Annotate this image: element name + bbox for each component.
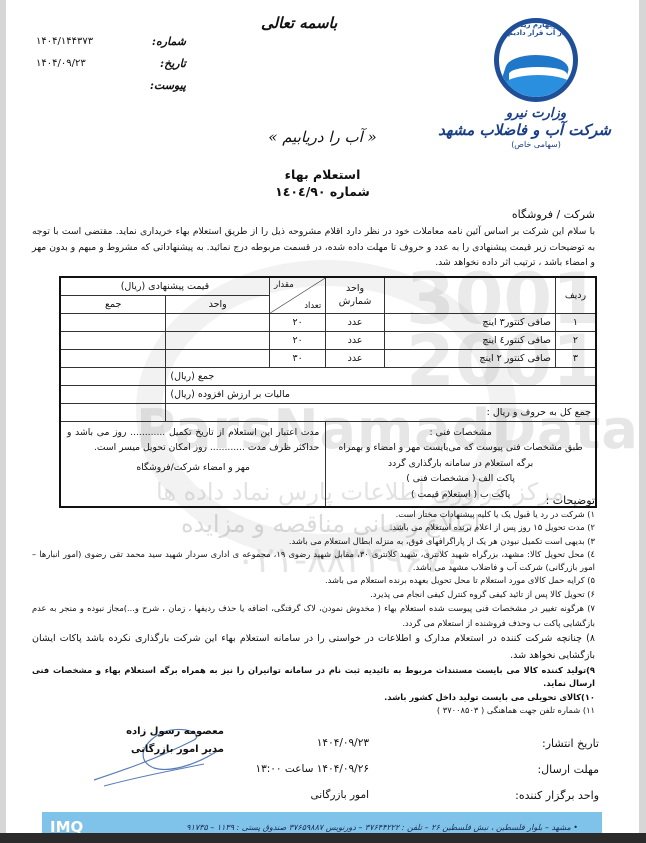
unit-price-field[interactable]: [166, 331, 270, 349]
meta-attachment: پیوست:: [36, 74, 186, 96]
price-inquiry-table: ردیف واحد شمارش مقدار تعداد قیمت پیشنهاد…: [59, 276, 597, 508]
signature-block: معصومه رسول زاده مدیر امور بازرگانی: [84, 720, 224, 790]
note-item: ۳) بدیهی است تکمیل نبودن هر یک از پاراگر…: [32, 535, 595, 548]
deadline: ۱۴۰۴/۰۹/۲۶ ساعت ۱۳:۰۰: [219, 763, 369, 775]
note-item: ۷) هرگونه تغییر در مشخصات فنی پیوست شده …: [32, 601, 595, 631]
note-item: ۸) چنانچه شرکت کننده در استعلام مدارک و …: [32, 631, 595, 664]
invocation: باسمه تعالی: [261, 14, 337, 32]
meta-date: تاریخ: ۱۴۰۴/۰۹/۲۳: [36, 52, 186, 74]
document-page: 30012001 ParsNamadData مرکز فرآوری اطلاع…: [6, 0, 639, 833]
note-item: ۱۰)کالای تحویلی می بایست تولید داخل کشور…: [32, 691, 595, 704]
note-item: ۶) تحویل کالا پس از تائید کیفی گروه کنتر…: [32, 588, 595, 601]
issue-date-row: تاریخ انتشار:: [359, 730, 599, 756]
organizer: امور بازرگانی: [219, 789, 369, 801]
document-title: استعلام بهاء شماره ۱٤۰٤/۹۰: [6, 166, 639, 200]
meta-number: شماره: ۱۴۰۴/۱۴۴۳۷۳: [36, 30, 186, 52]
sum-row: جمع (ریال): [60, 367, 596, 385]
table-header-row: ردیف واحد شمارش مقدار تعداد قیمت پیشنهاد…: [60, 277, 596, 295]
slogan: « آب را دریابیم »: [6, 128, 639, 146]
vat-field[interactable]: [60, 385, 166, 403]
deadline-row: مهلت ارسال:: [359, 756, 599, 782]
imq-badge-icon: IMQ: [42, 818, 102, 833]
ministry-name: وزارت نیرو: [461, 106, 611, 121]
publication-info: تاریخ انتشار: مهلت ارسال: واحد برگزار کن…: [359, 730, 599, 808]
sum-field[interactable]: [60, 367, 166, 385]
note-item: ۱) شرکت در رد یا قبول یک یا کلیه پیشنهاد…: [32, 508, 595, 521]
notes-title: توضیحات :: [546, 494, 595, 507]
note-item: ۲) مدت تحویل ۱۵ روز پس از اعلام برنده اس…: [32, 521, 595, 534]
issue-date: ۱۴۰۴/۰۹/۲۳: [219, 737, 369, 749]
footer-address: • مشهد – بلوار فلسطین ، نبش فلسطین ۲۶ – …: [102, 823, 602, 832]
intro-paragraph: با سلام این شرکت بر اساس آئین نامه معامل…: [32, 224, 595, 271]
unit-price-field[interactable]: [166, 349, 270, 367]
specs-row: مشخصات فنی : طبق مشخصات فنی پیوست که می‌…: [60, 421, 596, 507]
vat-row: مالیات بر ارزش افزوده (ریال): [60, 385, 596, 403]
total-field[interactable]: [60, 331, 166, 349]
amount-count-header: مقدار تعداد: [269, 277, 325, 313]
footer-address-band: • مشهد – بلوار فلسطین ، نبش فلسطین ۲۶ – …: [42, 812, 602, 833]
table-row: ۱ صافی کنتور۳ اینچ عدد ۲۰: [60, 313, 596, 331]
validity-terms: مدت اعتبار این استعلام از تاریخ تکمیل ..…: [60, 421, 326, 507]
note-item: ۱۱) شماره تلفن جهت هماهنگی ( ۳۷۰۰۸۵۰۳ ): [32, 704, 595, 717]
company-logo: دهه چهارم زیست و از آب قرار دادیم وزارت …: [461, 18, 611, 146]
stamp-signature-label: مهر و امضاء شرکت/فروشگاه: [67, 460, 319, 476]
note-item: ۹)تولید کننده کالا می بایست مستندات مربو…: [32, 664, 595, 691]
letter-meta: شماره: ۱۴۰۴/۱۴۴۳۷۳ تاریخ: ۱۴۰۴/۰۹/۲۳ پیو…: [36, 30, 186, 96]
addressee: شرکت / فروشگاه: [512, 208, 595, 221]
table-row: ۳ صافی کنتور ۲ اینچ عدد ۳۰: [60, 349, 596, 367]
grand-total-field[interactable]: [60, 403, 166, 421]
unit-price-field[interactable]: [166, 313, 270, 331]
organizer-row: واحد برگزار کننده:: [359, 782, 599, 808]
grand-total-row: جمع کل به حروف و ریال :: [60, 403, 596, 421]
total-field[interactable]: [60, 313, 166, 331]
notes-list: ۱) شرکت در رد یا قبول یک یا کلیه پیشنهاد…: [32, 508, 595, 717]
viewer-bottom-bar: [0, 833, 646, 843]
note-item: ٤) محل تحویل کالا: مشهد، بزرگراه شهید کل…: [32, 548, 595, 575]
total-field[interactable]: [60, 349, 166, 367]
water-drop-logo-icon: دهه چهارم زیست و از آب قرار دادیم: [494, 18, 578, 102]
table-row: ۲ صافی کنتور٤ اینچ عدد ۲۰: [60, 331, 596, 349]
note-item: ۵) کرایه حمل کالای مورد استعلام تا محل ت…: [32, 574, 595, 587]
inquiry-number: شماره ۱٤۰٤/۹۰: [6, 183, 639, 200]
